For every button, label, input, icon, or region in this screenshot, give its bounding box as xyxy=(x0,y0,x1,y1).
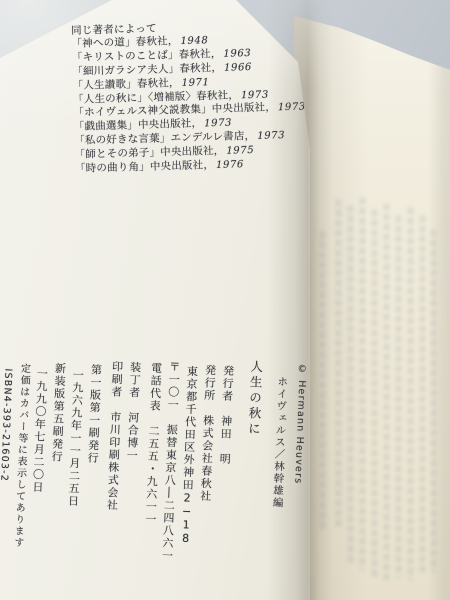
colophon-column: 人生の秋に xyxy=(244,360,265,594)
show-through-column xyxy=(420,216,425,572)
show-through-column xyxy=(384,204,389,582)
colophon-column: 発行所 株式会社春秋社 xyxy=(197,358,218,592)
book-year: 1973 xyxy=(241,89,269,101)
show-through-column xyxy=(348,206,353,566)
book-year: 1975 xyxy=(226,145,254,157)
colophon-text: 装丁者 河合博一 xyxy=(125,361,142,462)
colophon-text: 人生の秋に xyxy=(246,360,264,438)
show-through-column xyxy=(431,230,436,572)
show-through-column xyxy=(396,216,401,578)
colophon-text: 第一版第一刷発行 xyxy=(86,364,103,465)
colophon-text: ISBN4-393-21603-2 xyxy=(0,368,14,482)
show-through-column xyxy=(372,210,377,576)
colophon-text: 一九六九年一一月二五日 xyxy=(66,369,84,508)
colophon-text: 新装版第五刷発行 xyxy=(50,362,67,463)
show-through-column xyxy=(360,198,365,570)
show-through-column xyxy=(408,208,413,580)
colophon-column: 第一版第一刷発行 xyxy=(83,354,104,588)
gutter-shadow xyxy=(268,0,332,600)
colophon-text: 定価はカバー等に表示してあります xyxy=(12,363,30,549)
colophon-column: 一九九〇年七月二〇日 xyxy=(29,352,50,586)
colophon-text: 印刷者 市川印刷株式会社 xyxy=(105,360,124,512)
book-year: 1976 xyxy=(216,159,244,171)
colophon-column: 発行者 神田 明 xyxy=(215,359,236,593)
colophon-text: 発行者 神田 明 xyxy=(218,365,235,466)
colophon-column: 装丁者 河合博一 xyxy=(122,355,143,589)
book-title-and-publisher: 「時の曲り角」中央出版社， xyxy=(75,159,214,175)
book-title-and-publisher: 「人生讃歌」春秋社， xyxy=(73,77,180,92)
colophon-text: 一九九〇年七月二〇日 xyxy=(31,368,49,494)
show-through-column xyxy=(336,200,341,530)
open-book-photo: 同じ著者によって 「神への道」春秋社，1948 「キリストのことば」春秋社，19… xyxy=(0,0,450,600)
book-title-and-publisher: 「神への道」春秋社， xyxy=(71,35,178,50)
colophon-block: © Hermann Heuvers ホイヴェルス／林幹雄編 人生の秋に 発行者 … xyxy=(7,351,308,596)
colophon-number: 2−18 xyxy=(179,491,194,545)
book-year: 1973 xyxy=(204,118,232,130)
colophon-column: 一九六九年一一月二五日 xyxy=(65,353,86,587)
book-year: 1963 xyxy=(223,48,251,60)
colophon-text: 発行所 株式会社春秋社 xyxy=(199,364,217,503)
colophon-text: 東京都千代田区外神田 xyxy=(181,365,199,491)
book-year: 1948 xyxy=(180,35,208,47)
book-year: 1966 xyxy=(224,62,252,74)
colophon-column: 印刷者 市川印刷株式会社 xyxy=(104,355,125,589)
book-year: 1971 xyxy=(182,77,210,89)
